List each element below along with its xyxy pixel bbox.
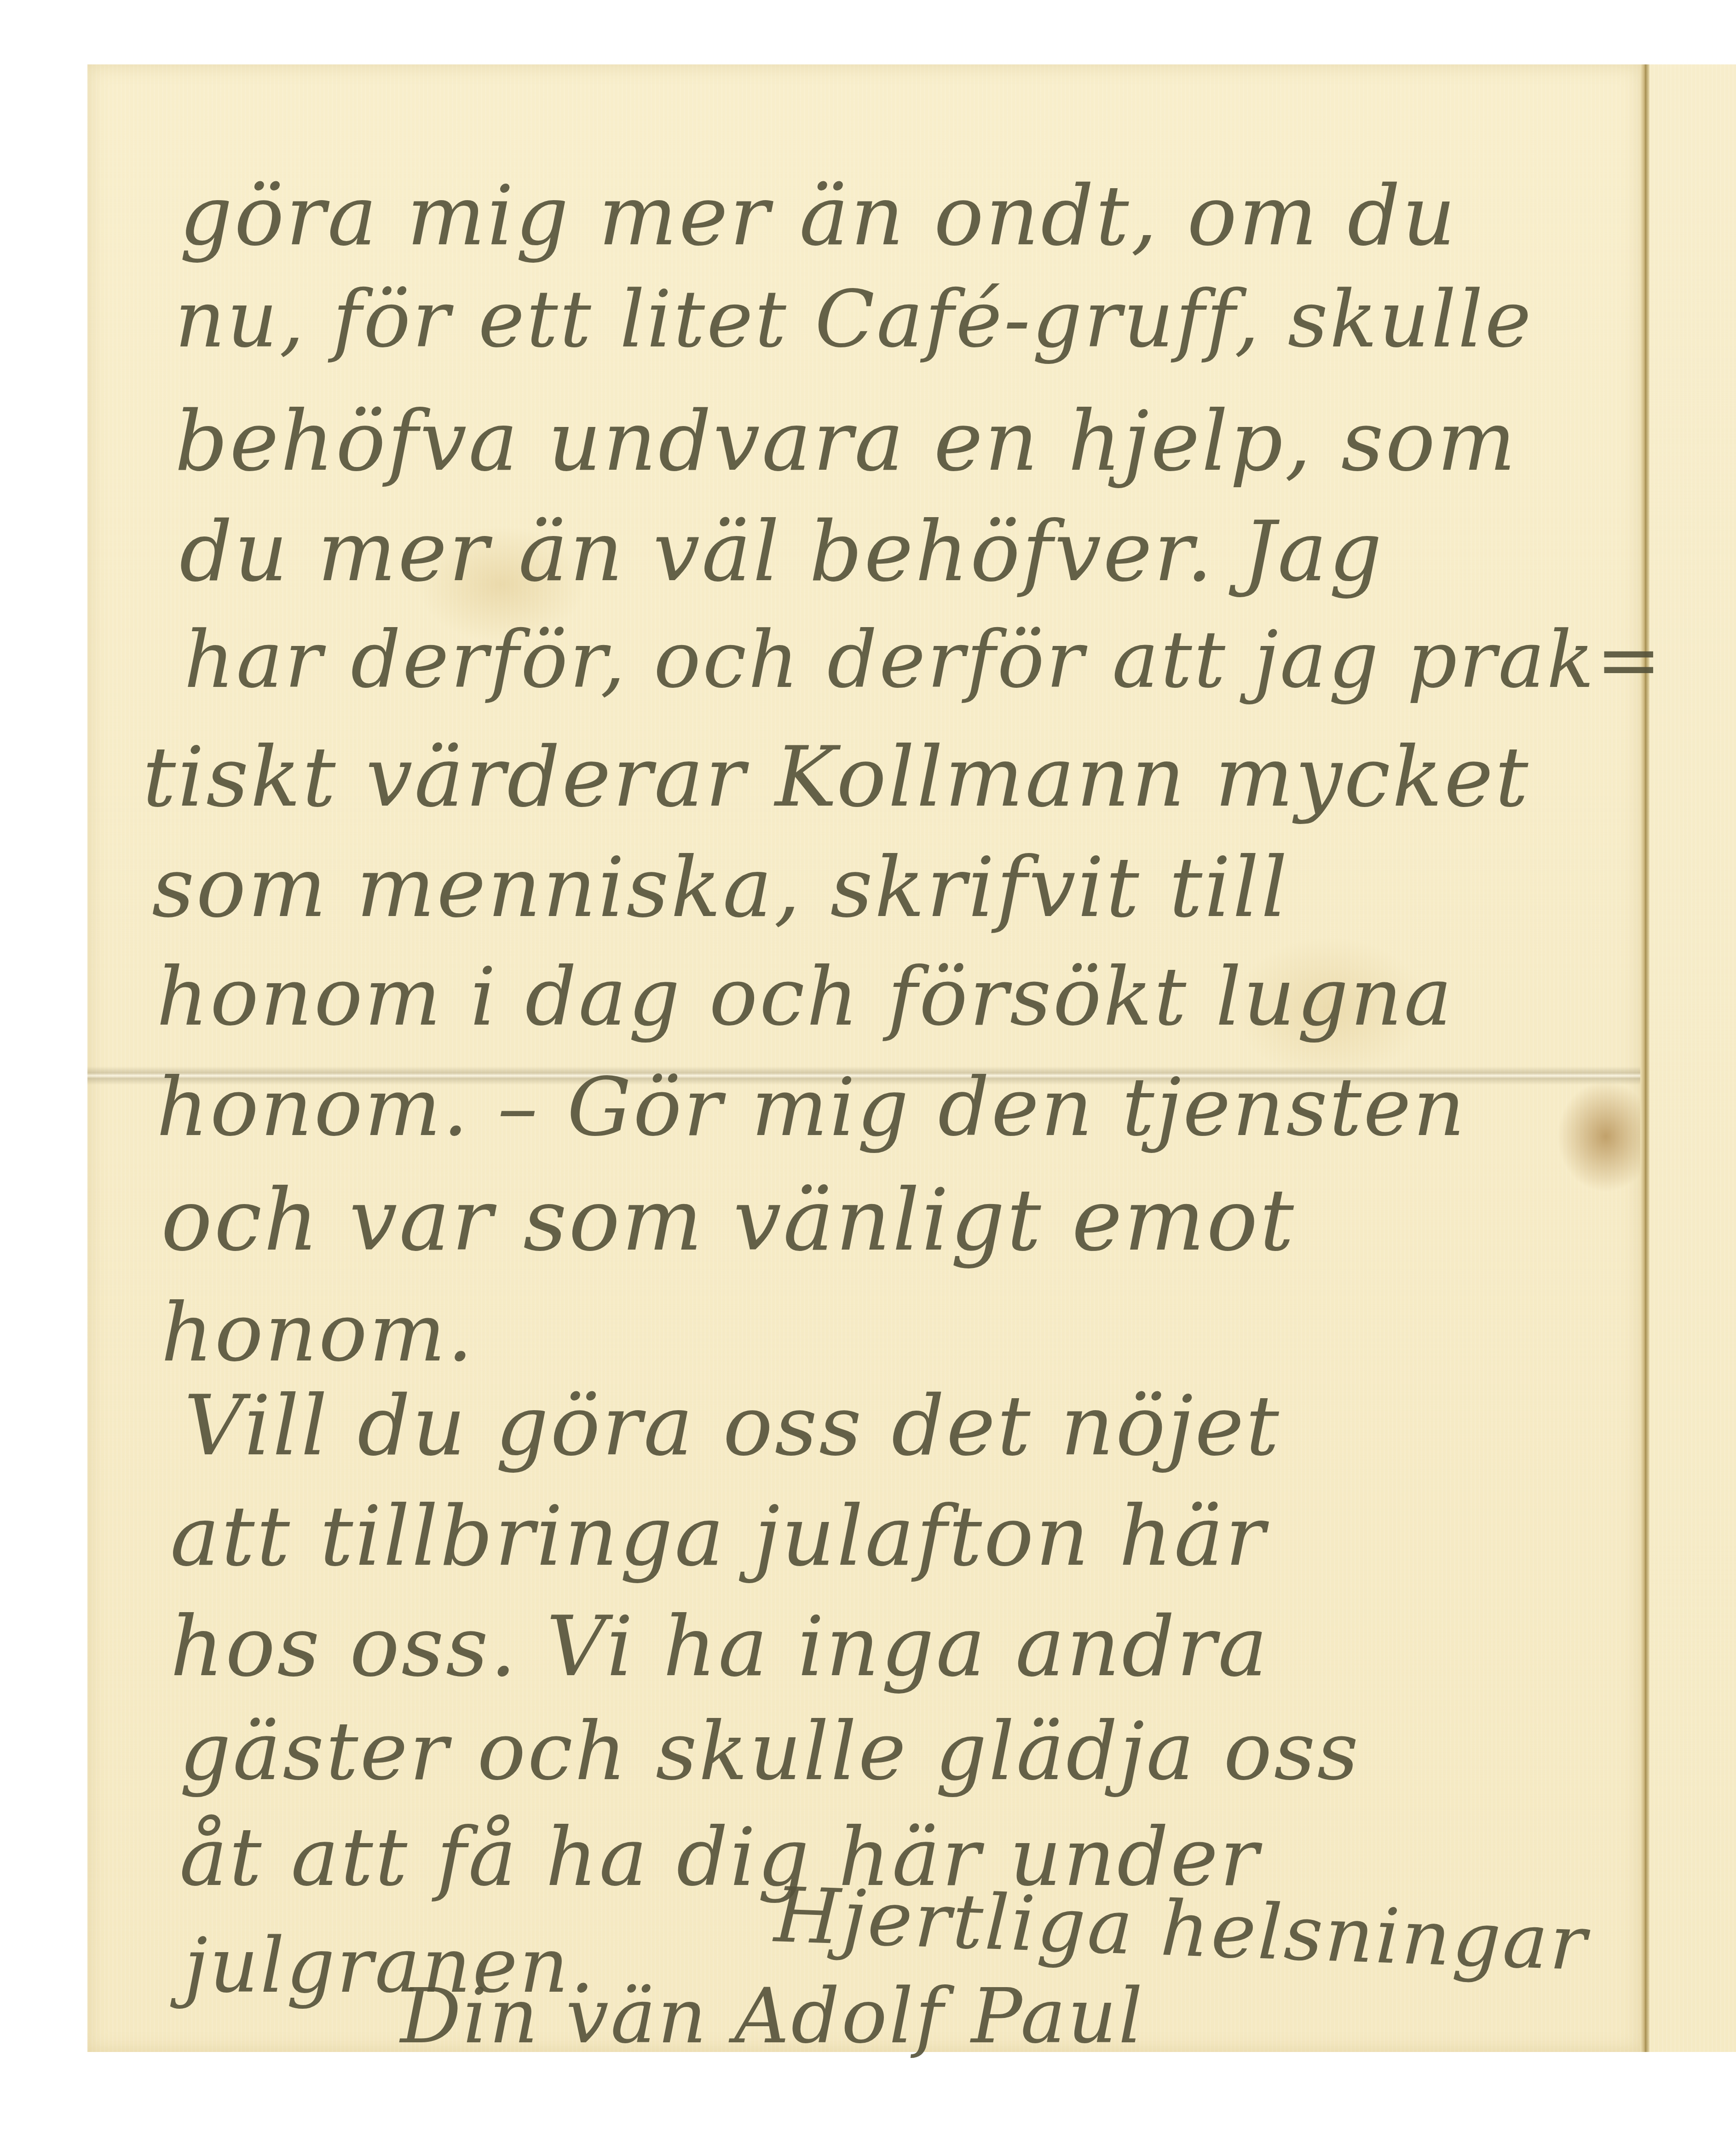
letter-line-10: och var som vänligt emot: [161, 1178, 1296, 1263]
letter-line-7: som menniska, skrifvit till: [152, 847, 1289, 929]
letter-line-9: honom. – Gör mig den tjensten: [156, 1067, 1467, 1148]
letter-line-14: hos oss. Vi ha inga andra: [170, 1606, 1269, 1689]
letter-line-4: du mer än väl behöfver. Jag: [179, 511, 1384, 594]
signature: Din vän Adolf Paul: [400, 1978, 1145, 2054]
letter-line-11: honom.: [161, 1293, 475, 1373]
letter-line-3: behöfva undvara en hjelp, som: [175, 400, 1517, 483]
vertical-fold-crease: [1640, 64, 1649, 2052]
letter-line-12: Vill du göra oss det nöjet: [184, 1385, 1281, 1468]
letter-line-5: har derför, och derför att jag prak=: [184, 621, 1663, 699]
letter-line-6: tiskt värderar Kollmann mycket: [143, 736, 1530, 819]
letter-line-13: att tillbringa julafton här: [170, 1495, 1267, 1578]
letter-line-15: gäster och skulle glädja oss: [179, 1712, 1360, 1792]
letter-line-8: honom i dag och försökt lugna: [156, 957, 1454, 1037]
letter-line-1: göra mig mer än ondt, om du: [179, 175, 1560, 258]
letter-fold-strip: [1649, 64, 1736, 2052]
letter-line-2: nu, för ett litet Café-gruff, skulle: [175, 281, 1533, 359]
